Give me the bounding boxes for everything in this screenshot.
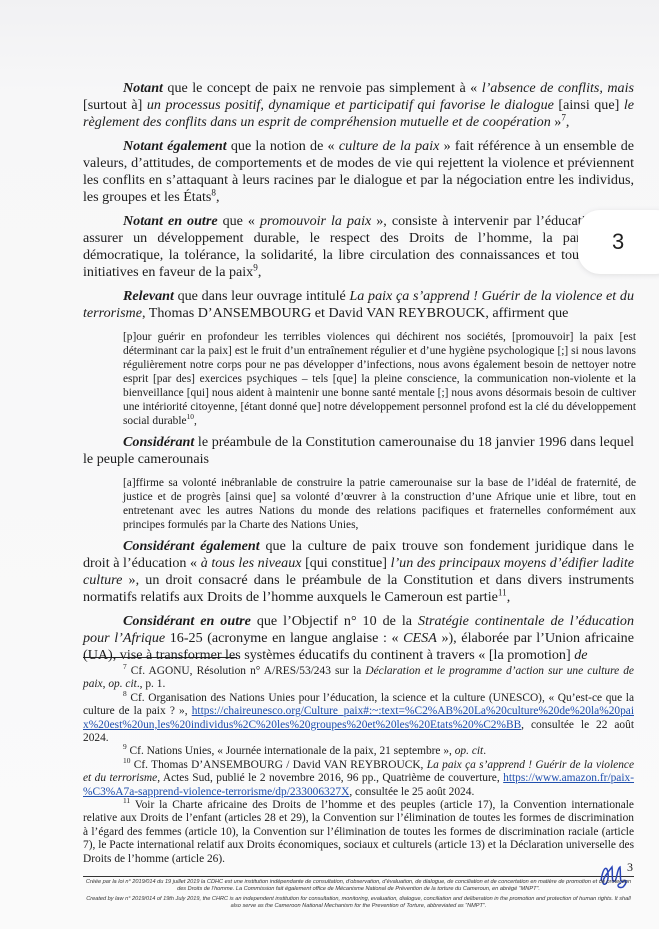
institution-footer: Créée par la loi n° 2019/014 du 19 juill… bbox=[83, 879, 634, 913]
recital-paragraph: Relevant que dans leur ouvrage intitulé … bbox=[83, 288, 634, 322]
footnote-number: 7 bbox=[123, 662, 127, 671]
recital-lead: Notant en outre bbox=[123, 213, 218, 229]
page-indicator-badge: 3 bbox=[578, 210, 659, 274]
footnote-8: 8 Cf. Organisation des Nations Unies pou… bbox=[83, 692, 634, 746]
footnote-10: 10 Cf. Thomas D’ANSEMBOURG / David VAN R… bbox=[83, 759, 634, 799]
italic-text: l’un des principaux moyens d’édifier lad… bbox=[83, 555, 634, 588]
italic-text: culture de la paix bbox=[339, 138, 440, 154]
footnotes: 7 Cf. AGONU, Résolution n° A/RES/53/243 … bbox=[83, 665, 634, 866]
footnote-11: 11 Voir la Charte africaine des Droits d… bbox=[83, 799, 634, 866]
footnote-number: 11 bbox=[123, 796, 130, 805]
body-text: Notant que le concept de paix ne renvoie… bbox=[83, 80, 634, 671]
footnote-link[interactable]: https://www.amazon.fr/paix-%C3%A7a-sappr… bbox=[83, 772, 634, 797]
recital-paragraph: Notant en outre que « promouvoir la paix… bbox=[83, 213, 634, 281]
paragraph-group-3: Considérant également que la culture de … bbox=[83, 538, 634, 664]
recital-paragraph: Notant également que la notion de « cult… bbox=[83, 138, 634, 206]
footer-english: Created by law n° 2019/014 of 19th July … bbox=[83, 896, 634, 910]
footnote-7: 7 Cf. AGONU, Résolution n° A/RES/53/243 … bbox=[83, 665, 634, 692]
footnote-separator bbox=[83, 657, 237, 658]
footnote-number: 10 bbox=[123, 756, 130, 765]
recital-paragraph: Considérant également que la culture de … bbox=[83, 538, 634, 606]
recital-paragraph: Notant que le concept de paix ne renvoie… bbox=[83, 80, 634, 131]
footnote-ref[interactable]: 7 bbox=[561, 112, 566, 122]
recital-lead: Notant bbox=[123, 80, 163, 96]
recital-lead: Considérant bbox=[123, 434, 194, 450]
recital-lead: Considérant également bbox=[123, 538, 260, 554]
recital-lead: Relevant bbox=[123, 288, 174, 304]
recital-paragraph: Considérant le préambule de la Constitut… bbox=[83, 434, 634, 468]
footnote-number: 8 bbox=[123, 689, 127, 698]
italic-text: Déclaration et le programme d’action sur… bbox=[83, 665, 634, 690]
recital-lead: Notant également bbox=[123, 138, 227, 154]
footnote-number: 9 bbox=[123, 743, 127, 752]
italic-text: CESA bbox=[403, 630, 437, 646]
block-quote-ansembourg: [p]our guérir en profondeur les terrible… bbox=[123, 330, 636, 429]
italic-text: de bbox=[574, 647, 587, 663]
italic-text: l’absence de conflits, mais bbox=[482, 80, 634, 96]
footnote-ref[interactable]: 11 bbox=[498, 587, 507, 597]
footnote-9: 9 Cf. Nations Unies, « Journée internati… bbox=[83, 745, 634, 758]
italic-text: un processus positif, dynamique et parti… bbox=[147, 97, 554, 113]
paragraph-group-2: Considérant le préambule de la Constitut… bbox=[83, 434, 634, 468]
document-page: Notant que le concept de paix ne renvoie… bbox=[0, 0, 659, 929]
paragraph-group-1: Notant que le concept de paix ne renvoie… bbox=[83, 80, 634, 322]
footer-divider bbox=[83, 876, 634, 877]
italic-text: promouvoir la paix bbox=[260, 213, 371, 229]
footer-french: Créée par la loi n° 2019/014 du 19 juill… bbox=[83, 879, 634, 893]
recital-lead: Considérant en outre bbox=[123, 613, 251, 629]
block-quote-constitution: [a]ffirme sa volonté inébranlable de con… bbox=[123, 476, 636, 532]
page-indicator-number: 3 bbox=[612, 229, 624, 255]
footnote-ref[interactable]: 9 bbox=[253, 262, 258, 272]
footnote-ref[interactable]: 8 bbox=[211, 187, 216, 197]
footnote-link[interactable]: https://chaireunesco.org/Culture_paix#:~… bbox=[83, 705, 634, 730]
italic-text: à tous les niveaux bbox=[201, 555, 302, 571]
footnote-ref[interactable]: 10 bbox=[187, 413, 194, 422]
italic-text: op. cit bbox=[455, 745, 483, 757]
